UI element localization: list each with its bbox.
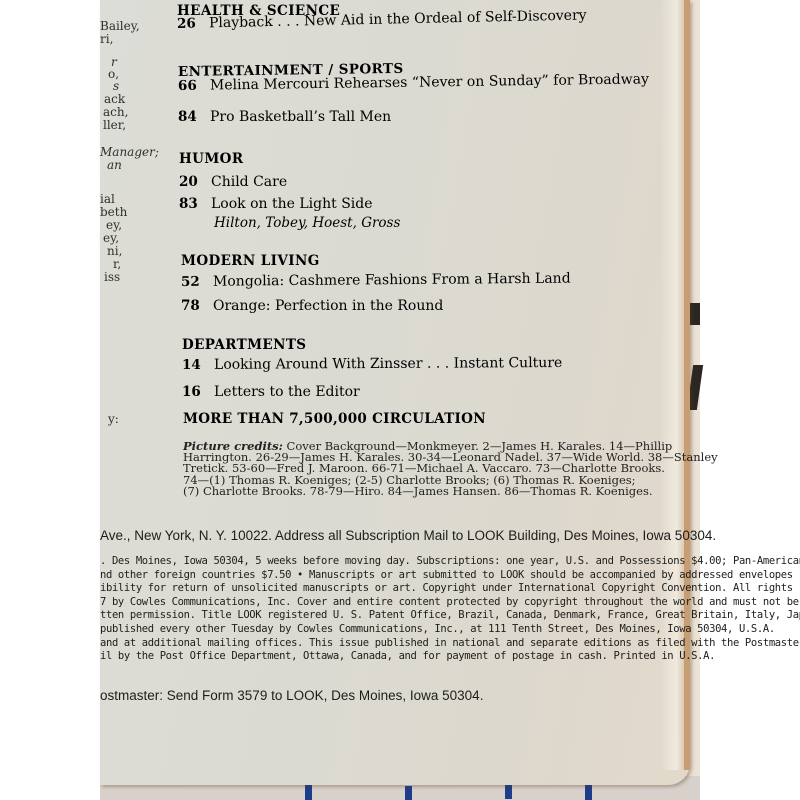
clipped-text-fragment: y: xyxy=(108,413,119,426)
article-title: Orange: Perfection in the Round xyxy=(213,298,443,314)
page-number: 83 xyxy=(179,196,211,212)
postmaster-notice: ostmaster: Send Form 3579 to LOOK, Des M… xyxy=(100,688,483,703)
toc-entry: 14Looking Around With Zinsser . . . Inst… xyxy=(182,355,562,373)
section-heading: DEPARTMENTS xyxy=(182,337,306,353)
toc-entry: 83Look on the Light Side xyxy=(179,196,373,212)
fabric-stripe xyxy=(405,786,412,800)
page-number: 20 xyxy=(179,174,211,190)
page-number: 52 xyxy=(181,274,213,290)
fine-print-line: published every other Tuesday by Cowles … xyxy=(100,623,800,637)
section-heading: MODERN LIVING xyxy=(181,253,320,269)
article-title: Look on the Light Side xyxy=(211,196,373,212)
page-number: 66 xyxy=(178,78,210,94)
fabric-stripe xyxy=(305,784,312,800)
article-title: Child Care xyxy=(211,174,287,190)
credits-line: (7) Charlotte Brooks. 78-79—Hiro. 84—Jam… xyxy=(183,486,663,497)
publisher-address: Ave., New York, N. Y. 10022. Address all… xyxy=(100,528,716,543)
page-number: 78 xyxy=(181,298,213,314)
page-number: 14 xyxy=(182,357,214,373)
toc-entry: 78Orange: Perfection in the Round xyxy=(181,298,443,314)
toc-entry: 20Child Care xyxy=(179,174,287,190)
page-number: 16 xyxy=(182,384,214,400)
fabric-stripe xyxy=(505,783,512,799)
toc-entry: 84Pro Basketball’s Tall Men xyxy=(178,109,391,125)
clipped-text-fragment: ri, xyxy=(100,33,113,46)
fine-print-line: and at additional mailing offices. This … xyxy=(100,637,800,651)
fine-print-line: 7 by Cowles Communications, Inc. Cover a… xyxy=(100,596,800,610)
section-heading: HUMOR xyxy=(179,151,243,167)
fine-print-line: . Des Moines, Iowa 50304, 5 weeks before… xyxy=(100,555,800,569)
toc-entry: 52Mongolia: Cashmere Fashions From a Har… xyxy=(181,271,571,290)
fine-print-line: ibility for return of unsolicited manusc… xyxy=(100,582,800,596)
fine-print-line: tten permission. Title LOOK registered U… xyxy=(100,609,800,623)
clipped-text-fragment: an xyxy=(107,159,122,172)
fine-print-line: il by the Post Office Department, Ottawa… xyxy=(100,650,800,664)
article-title: Mongolia: Cashmere Fashions From a Harsh… xyxy=(213,271,571,290)
clipped-text-fragment: iss xyxy=(104,271,120,284)
clipped-text-fragment: ller, xyxy=(103,119,126,132)
article-title: Looking Around With Zinsser . . . Instan… xyxy=(214,355,562,373)
circulation-notice: MORE THAN 7,500,000 CIRCULATION xyxy=(183,411,486,427)
toc-entry: 16Letters to the Editor xyxy=(182,384,360,400)
article-title: Letters to the Editor xyxy=(214,384,360,400)
article-title: Pro Basketball’s Tall Men xyxy=(210,109,391,125)
page-number: 84 xyxy=(178,109,210,125)
subscription-fine-print: . Des Moines, Iowa 50304, 5 weeks before… xyxy=(100,555,800,664)
cartoonist-names: Hilton, Tobey, Hoest, Gross xyxy=(214,215,400,231)
picture-credits: Picture credits: Cover Background—Monkme… xyxy=(183,441,663,497)
page-number: 26 xyxy=(177,15,209,32)
fine-print-line: nd other foreign countries $7.50 • Manus… xyxy=(100,569,800,583)
